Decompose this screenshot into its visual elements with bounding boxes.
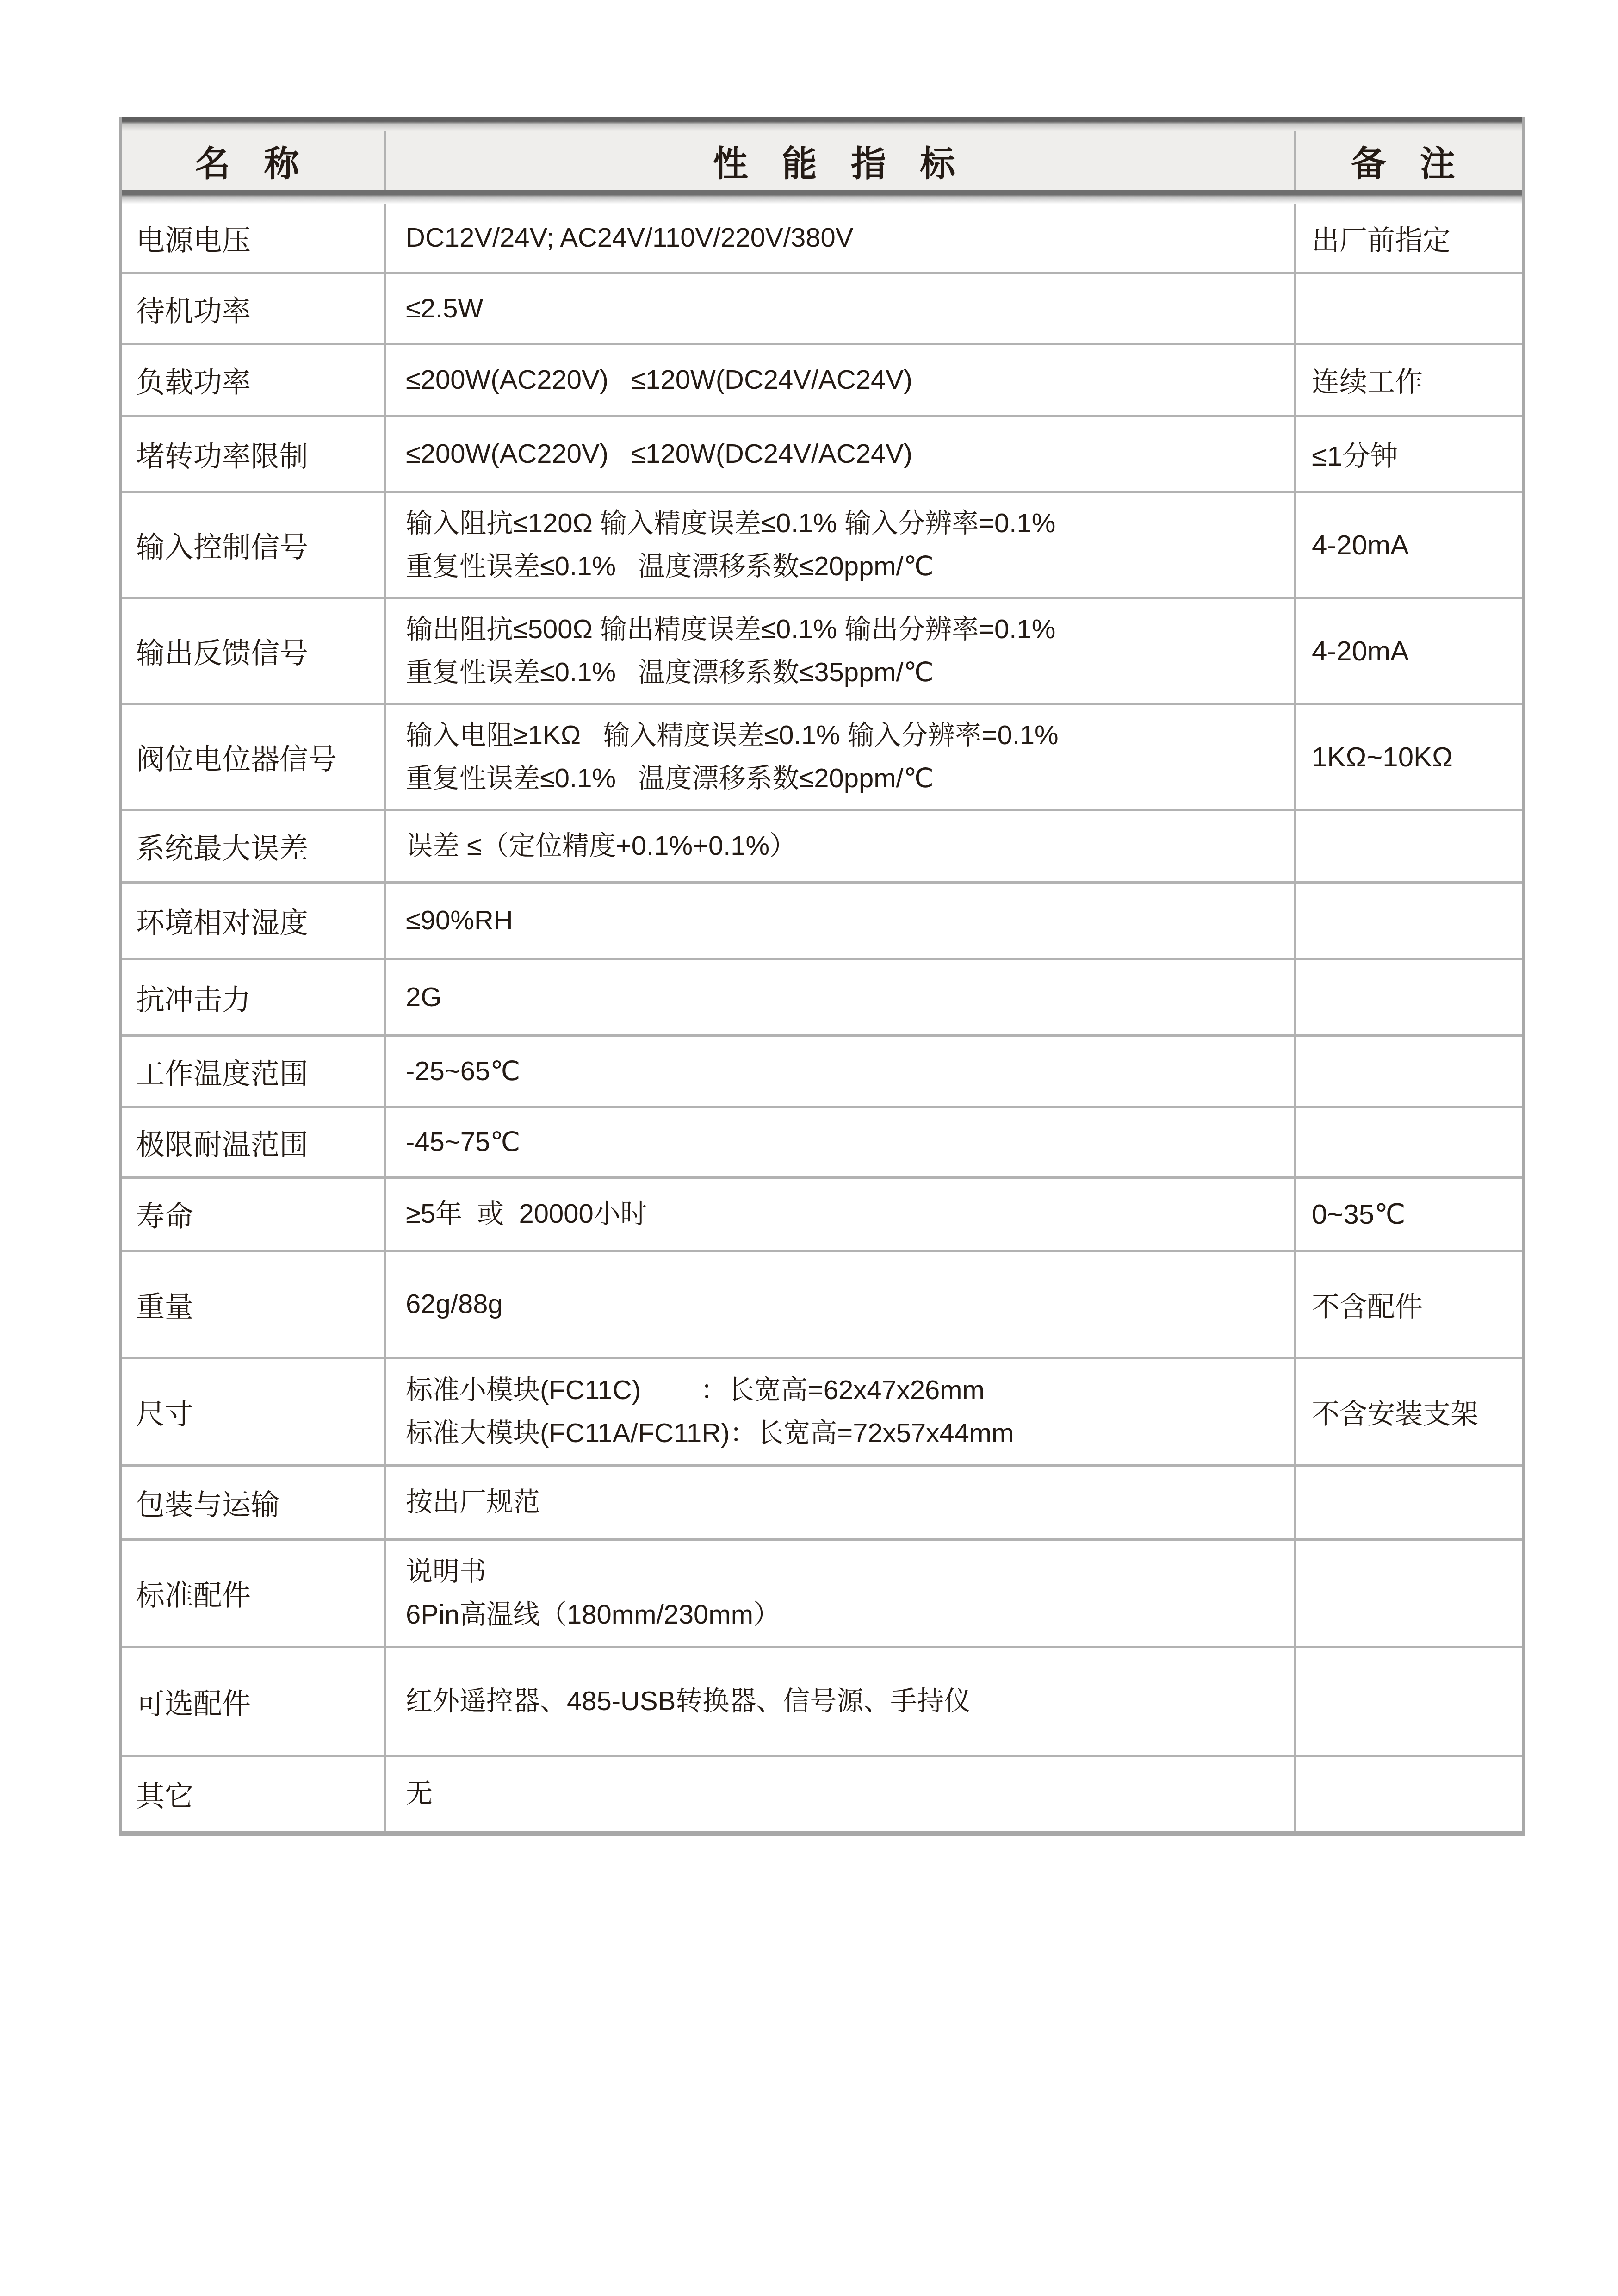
table-row-shock-resistance: 抗冲击力 2G [122,960,1522,1037]
header-cell-remark: 备 注 [1296,131,1522,190]
row-value: 输出阻抗≤500Ω 输出精度误差≤0.1% 输出分辨率=0.1% 重复性误差≤0… [384,599,1296,703]
row-remark: 连续工作 [1296,345,1522,415]
row-value: 说明书 6Pin高温线（180mm/230mm） [384,1541,1296,1646]
row-value: 标准小模块(FC11C) ：长宽高=62x47x26mm 标准大模块(FC11A… [384,1359,1296,1464]
row-remark: 0~35℃ [1296,1179,1522,1250]
row-value: 输入阻抗≤120Ω 输入精度误差≤0.1% 输入分辨率=0.1% 重复性误差≤0… [384,493,1296,597]
row-name: 堵转功率限制 [122,417,384,491]
value-line: 62g/88g [406,1283,1294,1326]
row-name: 负载功率 [122,345,384,415]
row-value: ≤90%RH [384,884,1296,958]
row-value: 红外遥控器、485-USB转换器、信号源、手持仪 [384,1648,1296,1755]
table-row-power-voltage: 电源电压 DC12V/24V; AC24V/110V/220V/380V 出厂前… [122,204,1522,274]
row-name: 抗冲击力 [122,960,384,1034]
row-remark [1296,274,1522,343]
value-line: 2G [406,976,1294,1019]
row-name: 电源电压 [122,204,384,272]
value-line: ≤200W(AC220V) ≤120W(DC24V/AC24V) [406,433,1294,476]
row-remark: 出厂前指定 [1296,204,1522,272]
row-name: 标准配件 [122,1541,384,1646]
table-row-packaging-transport: 包装与运输 按出厂规范 [122,1467,1522,1541]
table-row-optional-accessories: 可选配件 红外遥控器、485-USB转换器、信号源、手持仪 [122,1648,1522,1757]
header-cell-name: 名 称 [122,131,384,190]
row-value: ≤200W(AC220V) ≤120W(DC24V/AC24V) [384,417,1296,491]
row-name: 待机功率 [122,274,384,343]
row-value: 误差 ≤（定位精度+0.1%+0.1%） [384,811,1296,881]
value-line: ≤90%RH [406,899,1294,942]
table-row-standard-accessories: 标准配件 说明书 6Pin高温线（180mm/230mm） [122,1541,1522,1648]
row-remark [1296,1757,1522,1831]
row-name: 包装与运输 [122,1467,384,1538]
row-remark: ≤1分钟 [1296,417,1522,491]
value-line: ≥5年 或 20000小时 [406,1193,1294,1236]
row-name: 尺寸 [122,1359,384,1464]
row-name: 重量 [122,1252,384,1357]
row-value: ≤200W(AC220V) ≤120W(DC24V/AC24V) [384,345,1296,415]
value-line: 输入电阻≥1KΩ 输入精度误差≤0.1% 输入分辨率=0.1% [406,714,1294,757]
value-line: 重复性误差≤0.1% 温度漂移系数≤35ppm/℃ [406,651,1294,694]
value-line: 重复性误差≤0.1% 温度漂移系数≤20ppm/℃ [406,545,1294,588]
row-remark [1296,884,1522,958]
row-name: 输出反馈信号 [122,599,384,703]
row-name: 工作温度范围 [122,1037,384,1106]
row-name: 极限耐温范围 [122,1108,384,1176]
row-name: 阀位电位器信号 [122,705,384,809]
row-remark: 4-20mA [1296,599,1522,703]
value-line: 说明书 [406,1550,1294,1593]
value-line: 红外遥控器、485-USB转换器、信号源、手持仪 [406,1680,1294,1723]
table-top-band [122,117,1522,131]
row-remark [1296,1037,1522,1106]
row-name: 系统最大误差 [122,811,384,881]
spec-table: 名 称 性 能 指 标 备 注 电源电压 DC12V/24V; AC24V/11… [119,117,1525,1836]
row-remark: 1KΩ~10KΩ [1296,705,1522,809]
table-row-output-feedback-signal: 输出反馈信号 输出阻抗≤500Ω 输出精度误差≤0.1% 输出分辨率=0.1% … [122,599,1522,705]
table-row-standby-power: 待机功率 ≤2.5W [122,274,1522,345]
row-name: 可选配件 [122,1648,384,1755]
value-line: 重复性误差≤0.1% 温度漂移系数≤20ppm/℃ [406,757,1294,800]
value-line: 标准小模块(FC11C) ：长宽高=62x47x26mm [406,1369,1294,1412]
row-value: DC12V/24V; AC24V/110V/220V/380V [384,204,1296,272]
row-remark [1296,811,1522,881]
row-value: 62g/88g [384,1252,1296,1357]
value-line: 标准大模块(FC11A/FC11R)：长宽高=72x57x44mm [406,1412,1294,1455]
row-value: 无 [384,1757,1296,1831]
table-row-input-control-signal: 输入控制信号 输入阻抗≤120Ω 输入精度误差≤0.1% 输入分辨率=0.1% … [122,493,1522,599]
table-row-limit-temp-range: 极限耐温范围 -45~75℃ [122,1108,1522,1179]
row-value: ≤2.5W [384,274,1296,343]
row-remark [1296,1467,1522,1538]
header-cell-performance: 性 能 指 标 [384,131,1296,190]
value-line: -45~75℃ [406,1121,1294,1164]
row-value: -45~75℃ [384,1108,1296,1176]
row-value: ≥5年 或 20000小时 [384,1179,1296,1250]
table-row-lifespan: 寿命 ≥5年 或 20000小时 0~35℃ [122,1179,1522,1252]
row-remark: 4-20mA [1296,493,1522,597]
row-name: 其它 [122,1757,384,1831]
value-line: -25~65℃ [406,1050,1294,1093]
value-line: 无 [406,1773,1294,1816]
row-value: 2G [384,960,1296,1034]
header-shadow-band [122,190,1522,204]
value-line: ≤2.5W [406,287,1294,330]
row-remark [1296,1108,1522,1176]
table-row-stall-power-limit: 堵转功率限制 ≤200W(AC220V) ≤120W(DC24V/AC24V) … [122,417,1522,493]
row-value: 按出厂规范 [384,1467,1296,1538]
table-header-row: 名 称 性 能 指 标 备 注 [122,131,1522,190]
table-row-system-max-error: 系统最大误差 误差 ≤（定位精度+0.1%+0.1%） [122,811,1522,884]
table-row-valve-potentiometer-signal: 阀位电位器信号 输入电阻≥1KΩ 输入精度误差≤0.1% 输入分辨率=0.1% … [122,705,1522,811]
value-line: DC12V/24V; AC24V/110V/220V/380V [406,217,1294,260]
value-line: 按出厂规范 [406,1481,1294,1524]
value-line: 输入阻抗≤120Ω 输入精度误差≤0.1% 输入分辨率=0.1% [406,502,1294,545]
row-name: 环境相对湿度 [122,884,384,958]
row-value: -25~65℃ [384,1037,1296,1106]
table-row-working-temp-range: 工作温度范围 -25~65℃ [122,1037,1522,1108]
row-value: 输入电阻≥1KΩ 输入精度误差≤0.1% 输入分辨率=0.1% 重复性误差≤0.… [384,705,1296,809]
row-remark [1296,960,1522,1034]
table-row-other: 其它 无 [122,1757,1522,1831]
table-row-load-power: 负载功率 ≤200W(AC220V) ≤120W(DC24V/AC24V) 连续… [122,345,1522,417]
row-remark [1296,1648,1522,1755]
table-row-dimensions: 尺寸 标准小模块(FC11C) ：长宽高=62x47x26mm 标准大模块(FC… [122,1359,1522,1467]
value-line: 误差 ≤（定位精度+0.1%+0.1%） [406,825,1294,868]
row-name: 寿命 [122,1179,384,1250]
value-line: 输出阻抗≤500Ω 输出精度误差≤0.1% 输出分辨率=0.1% [406,608,1294,651]
row-remark: 不含配件 [1296,1252,1522,1357]
value-line: 6Pin高温线（180mm/230mm） [406,1593,1294,1636]
value-line: ≤200W(AC220V) ≤120W(DC24V/AC24V) [406,359,1294,402]
table-row-weight: 重量 62g/88g 不含配件 [122,1252,1522,1359]
row-remark: 不含安装支架 [1296,1359,1522,1464]
row-remark [1296,1541,1522,1646]
table-row-relative-humidity: 环境相对湿度 ≤90%RH [122,884,1522,960]
row-name: 输入控制信号 [122,493,384,597]
